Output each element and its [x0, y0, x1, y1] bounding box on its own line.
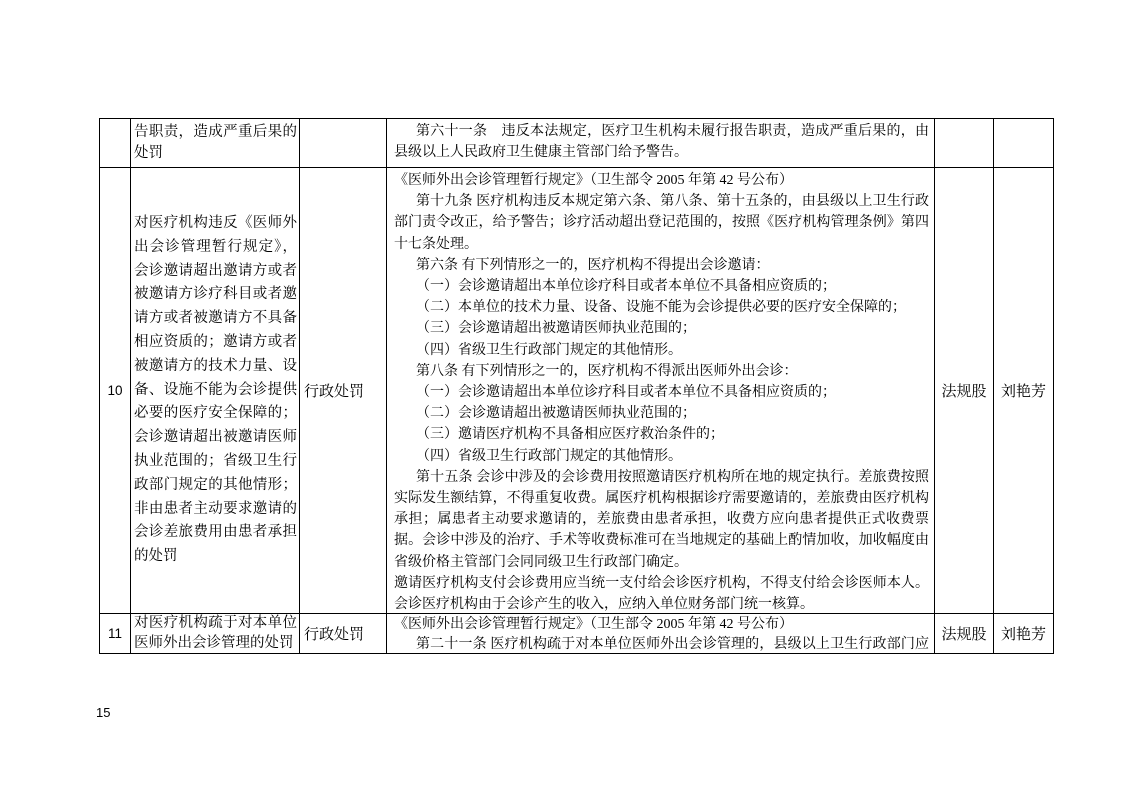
- table-row: 告职责，造成严重后果的处罚 第六十一条 违反本法规定，医疗卫生机构未履行报告职责…: [100, 119, 1054, 168]
- legal-basis-cell: 《医师外出会诊管理暂行规定》（卫生部令 2005 年第 42 号公布） 第二十一…: [387, 614, 935, 654]
- penalty-name-cell: 告职责，造成严重后果的处罚: [131, 119, 300, 168]
- legal-paragraph: 第八条 有下列情形之一的，医疗机构不得派出医师外出会诊：: [394, 361, 929, 382]
- table-row: 10 对医疗机构违反《医师外出会诊管理暂行规定》，会诊邀请超出邀请方或者被邀请方…: [100, 168, 1054, 614]
- legal-basis-cell: 第六十一条 违反本法规定，医疗卫生机构未履行报告职责，造成严重后果的，由县级以上…: [387, 119, 935, 168]
- legal-paragraph: （二）本单位的技术力量、设备、设施不能为会诊提供必要的医疗安全保障的；: [394, 297, 929, 318]
- row-number-cell: 10: [100, 168, 131, 614]
- legal-paragraph: 第六十一条 违反本法规定，医疗卫生机构未履行报告职责，造成严重后果的，由县级以上…: [394, 121, 929, 163]
- row-number-cell: 11: [100, 614, 131, 654]
- legal-paragraph: （四）省级卫生行政部门规定的其他情形。: [394, 340, 929, 361]
- legal-text-block: 《医师外出会诊管理暂行规定》（卫生部令 2005 年第 42 号公布） 第二十一…: [394, 615, 929, 652]
- document-page: 告职责，造成严重后果的处罚 第六十一条 违反本法规定，医疗卫生机构未履行报告职责…: [0, 0, 1122, 793]
- legal-text-block: 第六十一条 违反本法规定，医疗卫生机构未履行报告职责，造成严重后果的，由县级以上…: [394, 121, 929, 167]
- legal-paragraph: 《医师外出会诊管理暂行规定》（卫生部令 2005 年第 42 号公布）: [394, 615, 929, 635]
- legal-paragraph: （四）省级卫生行政部门规定的其他情形。: [394, 446, 929, 467]
- legal-paragraph: （一）会诊邀请超出本单位诊疗科目或者本单位不具备相应资质的；: [394, 382, 929, 403]
- legal-paragraph: 第十九条 医疗机构违反本规定第六条、第八条、第十五条的，由县级以上卫生行政部门责…: [394, 191, 929, 255]
- penalty-name-cell: 对医疗机构违反《医师外出会诊管理暂行规定》，会诊邀请超出邀请方或者被邀请方诊疗科…: [131, 168, 300, 614]
- person-cell: [994, 119, 1054, 168]
- regulations-table: 告职责，造成严重后果的处罚 第六十一条 违反本法规定，医疗卫生机构未履行报告职责…: [99, 118, 1054, 654]
- penalty-type-cell: 行政处罚: [300, 614, 387, 654]
- legal-paragraph: （二）会诊邀请超出被邀请医师执业范围的；: [394, 403, 929, 424]
- legal-basis-cell: 《医师外出会诊管理暂行规定》（卫生部令 2005 年第 42 号公布） 第十九条…: [387, 168, 935, 614]
- penalty-name-cell: 对医疗机构疏于对本单位医师外出会诊管理的处罚: [131, 614, 300, 654]
- legal-paragraph: 《医师外出会诊管理暂行规定》（卫生部令 2005 年第 42 号公布）: [394, 170, 929, 191]
- department-cell: 法规股: [935, 614, 994, 654]
- penalty-type-cell: [300, 119, 387, 168]
- table-row: 11 对医疗机构疏于对本单位医师外出会诊管理的处罚 行政处罚 《医师外出会诊管理…: [100, 614, 1054, 654]
- legal-paragraph: （三）邀请医疗机构不具备相应医疗救治条件的；: [394, 424, 929, 445]
- legal-paragraph: （一）会诊邀请超出本单位诊疗科目或者本单位不具备相应资质的；: [394, 276, 929, 297]
- legal-paragraph: 邀请医疗机构支付会诊费用应当统一支付给会诊医疗机构，不得支付给会诊医师本人。会诊…: [394, 573, 929, 613]
- department-cell: 法规股: [935, 168, 994, 614]
- page-number: 15: [96, 705, 110, 720]
- legal-paragraph: （三）会诊邀请超出被邀请医师执业范围的；: [394, 318, 929, 339]
- department-cell: [935, 119, 994, 168]
- person-cell: 刘艳芳: [994, 614, 1054, 654]
- legal-paragraph: 第十五条 会诊中涉及的会诊费用按照邀请医疗机构所在地的规定执行。差旅费按照实际发…: [394, 467, 929, 573]
- person-cell: 刘艳芳: [994, 168, 1054, 614]
- legal-paragraph: 第二十一条 医疗机构疏于对本单位医师外出会诊管理的，县级以上卫生行政部门应当给予…: [394, 635, 929, 653]
- penalty-type-cell: 行政处罚: [300, 168, 387, 614]
- row-number-cell: [100, 119, 131, 168]
- legal-text-block: 《医师外出会诊管理暂行规定》（卫生部令 2005 年第 42 号公布） 第十九条…: [394, 170, 929, 613]
- legal-paragraph: 第六条 有下列情形之一的，医疗机构不得提出会诊邀请：: [394, 255, 929, 276]
